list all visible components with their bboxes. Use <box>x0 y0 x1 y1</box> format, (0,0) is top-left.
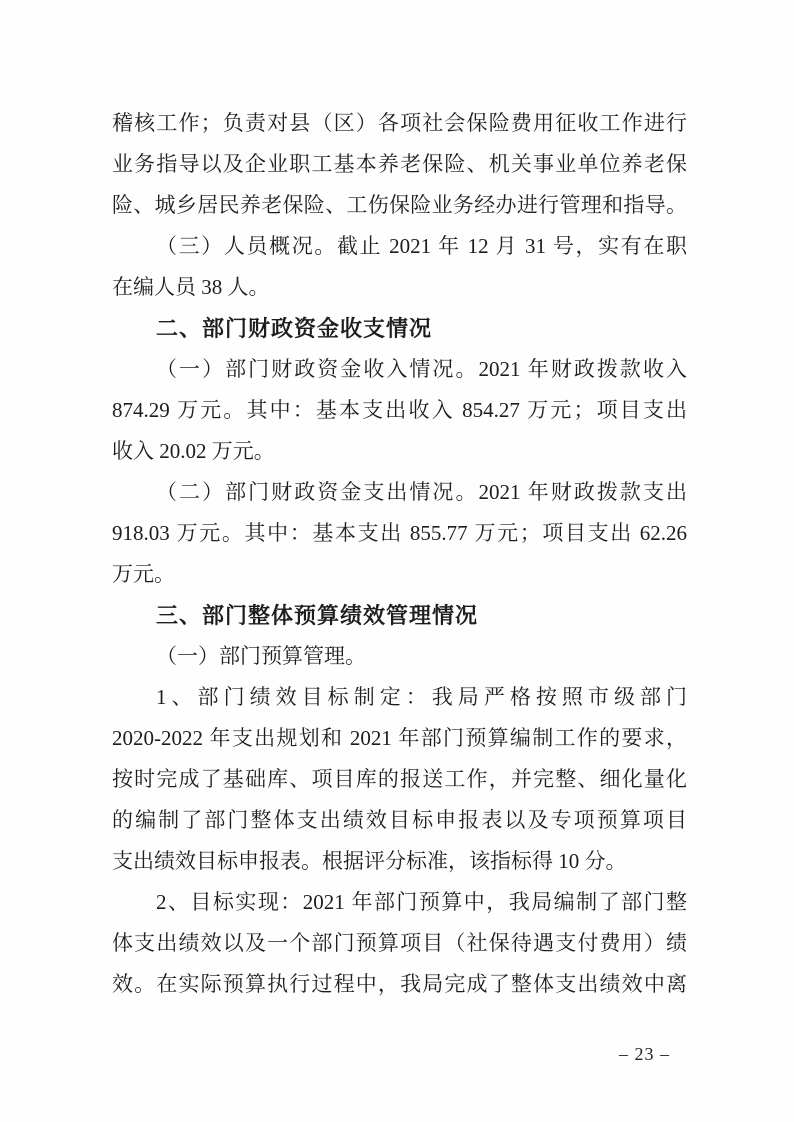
section-heading: 二、部门财政资金收支情况 <box>112 308 687 349</box>
document-text-block: 稽核工作；负责对县（区）各项社会保险费用征收工作进行 业务指导以及企业职工基本养… <box>112 103 687 1005</box>
document-page: 稽核工作；负责对县（区）各项社会保险费用征收工作进行 业务指导以及企业职工基本养… <box>0 0 794 1122</box>
body-text-line: 在编人员 38 人。 <box>112 267 687 308</box>
body-text-line: 918.03 万元。其中：基本支出 855.77 万元；项目支出 62.26 <box>112 513 687 554</box>
body-text-line: 稽核工作；负责对县（区）各项社会保险费用征收工作进行 <box>112 103 687 144</box>
body-text-line: （三）人员概况。截止 2021 年 12 月 31 号，实有在职 <box>112 226 687 267</box>
body-text-line: 体支出绩效以及一个部门预算项目（社保待遇支付费用）绩 <box>112 923 687 964</box>
body-text-line: 1、部门绩效目标制定：我局严格按照市级部门 <box>112 677 687 718</box>
body-text-line: 按时完成了基础库、项目库的报送工作，并完整、细化量化 <box>112 759 687 800</box>
body-text-line: 业务指导以及企业职工基本养老保险、机关事业单位养老保 <box>112 144 687 185</box>
body-text-line: 2020-2022 年支出规划和 2021 年部门预算编制工作的要求， <box>112 718 687 759</box>
body-text-line: （一）部门预算管理。 <box>112 636 687 677</box>
body-text-line: （一）部门财政资金收入情况。2021 年财政拨款收入 <box>112 349 687 390</box>
page-number: – 23 – <box>619 1042 670 1066</box>
body-text-line: 收入 20.02 万元。 <box>112 431 687 472</box>
body-text-line: 万元。 <box>112 554 687 595</box>
body-text-line: 874.29 万元。其中：基本支出收入 854.27 万元；项目支出 <box>112 390 687 431</box>
body-text-line: 支出绩效目标申报表。根据评分标准，该指标得 10 分。 <box>112 841 687 882</box>
body-text-line: 效。在实际预算执行过程中，我局完成了整体支出绩效中离 <box>112 964 687 1005</box>
body-text-line: （二）部门财政资金支出情况。2021 年财政拨款支出 <box>112 472 687 513</box>
body-text-line: 的编制了部门整体支出绩效目标申报表以及专项预算项目 <box>112 800 687 841</box>
body-text-line: 险、城乡居民养老保险、工伤保险业务经办进行管理和指导。 <box>112 185 687 226</box>
section-heading: 三、部门整体预算绩效管理情况 <box>112 595 687 636</box>
body-text-line: 2、目标实现：2021 年部门预算中，我局编制了部门整 <box>112 882 687 923</box>
